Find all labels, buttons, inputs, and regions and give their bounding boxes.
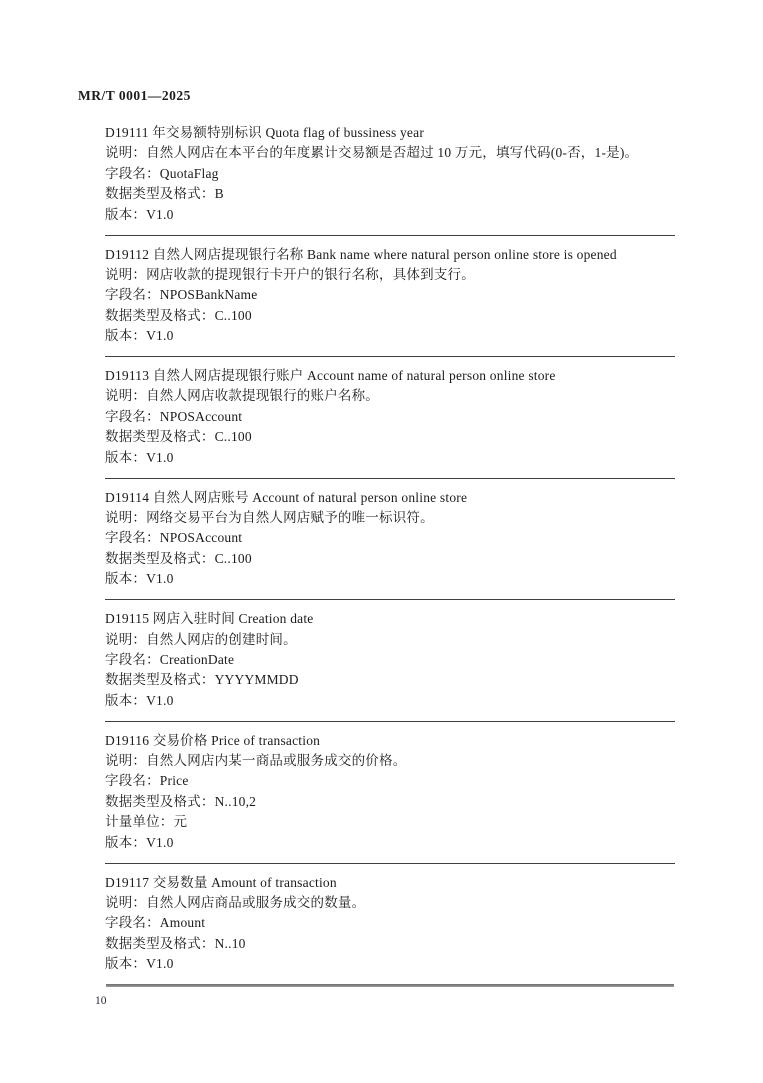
section-version: 版本：V1.0 (105, 569, 675, 589)
section-version: 版本：V1.0 (105, 448, 675, 468)
section-title: D19116 交易价格 Price of transaction (105, 731, 675, 751)
section-field-name: 字段名：QuotaFlag (105, 164, 675, 184)
section-data-format: 数据类型及格式：C..100 (105, 306, 675, 326)
section-data-format: 数据类型及格式：C..100 (105, 549, 675, 569)
section-version: 版本：V1.0 (105, 205, 675, 225)
section-title: D19112 自然人网店提现银行名称 Bank name where natur… (105, 245, 675, 265)
section-version: 版本：V1.0 (105, 691, 675, 711)
section-description: 说明：网店收款的提现银行卡开户的银行名称，具体到支行。 (105, 265, 675, 285)
section-unit: 计量单位：元 (105, 812, 675, 832)
section-title: D19111 年交易额特别标识 Quota flag of bussiness … (105, 123, 675, 143)
page-number: 10 (95, 995, 107, 1007)
page-content: D19111 年交易额特别标识 Quota flag of bussiness … (105, 114, 675, 987)
section-field-name: 字段名：NPOSBankName (105, 285, 675, 305)
section-description: 说明：自然人网店在本平台的年度累计交易额是否超过 10 万元，填写代码(0-否，… (105, 143, 675, 163)
section-data-format: 数据类型及格式：C..100 (105, 427, 675, 447)
section-data-format: 数据类型及格式：YYYYMMDD (105, 670, 675, 690)
footer-rule (106, 984, 674, 987)
section-description: 说明：自然人网店商品或服务成交的数量。 (105, 893, 675, 913)
data-element-section-d19111: D19111 年交易额特别标识 Quota flag of bussiness … (105, 114, 675, 235)
section-version: 版本：V1.0 (105, 833, 675, 853)
data-element-section-d19117: D19117 交易数量 Amount of transaction 说明：自然人… (105, 863, 675, 985)
section-title: D19115 网店入驻时间 Creation date (105, 609, 675, 629)
section-title: D19114 自然人网店账号 Account of natural person… (105, 488, 675, 508)
section-description: 说明：网络交易平台为自然人网店赋予的唯一标识符。 (105, 508, 675, 528)
section-field-name: 字段名：NPOSAccount (105, 528, 675, 548)
data-element-section-d19114: D19114 自然人网店账号 Account of natural person… (105, 478, 675, 600)
section-field-name: 字段名：Price (105, 771, 675, 791)
section-version: 版本：V1.0 (105, 326, 675, 346)
data-element-section-d19115: D19115 网店入驻时间 Creation date 说明：自然人网店的创建时… (105, 599, 675, 721)
data-element-section-d19112: D19112 自然人网店提现银行名称 Bank name where natur… (105, 235, 675, 357)
section-data-format: 数据类型及格式：N..10,2 (105, 792, 675, 812)
data-element-section-d19113: D19113 自然人网店提现银行账户 Account name of natur… (105, 356, 675, 478)
doc-number: MR/T 0001—2025 (78, 88, 191, 104)
section-data-format: 数据类型及格式：N..10 (105, 934, 675, 954)
section-description: 说明：自然人网店收款提现银行的账户名称。 (105, 386, 675, 406)
data-element-section-d19116: D19116 交易价格 Price of transaction 说明：自然人网… (105, 721, 675, 863)
section-field-name: 字段名：CreationDate (105, 650, 675, 670)
section-title: D19117 交易数量 Amount of transaction (105, 873, 675, 893)
section-description: 说明：自然人网店的创建时间。 (105, 630, 675, 650)
section-version: 版本：V1.0 (105, 954, 675, 974)
section-data-format: 数据类型及格式：B (105, 184, 675, 204)
section-title: D19113 自然人网店提现银行账户 Account name of natur… (105, 366, 675, 386)
section-description: 说明：自然人网店内某一商品或服务成交的价格。 (105, 751, 675, 771)
section-field-name: 字段名：Amount (105, 913, 675, 933)
document-page: MR/T 0001—2025 D19111 年交易额特别标识 Quota fla… (0, 0, 763, 1083)
section-field-name: 字段名：NPOSAccount (105, 407, 675, 427)
